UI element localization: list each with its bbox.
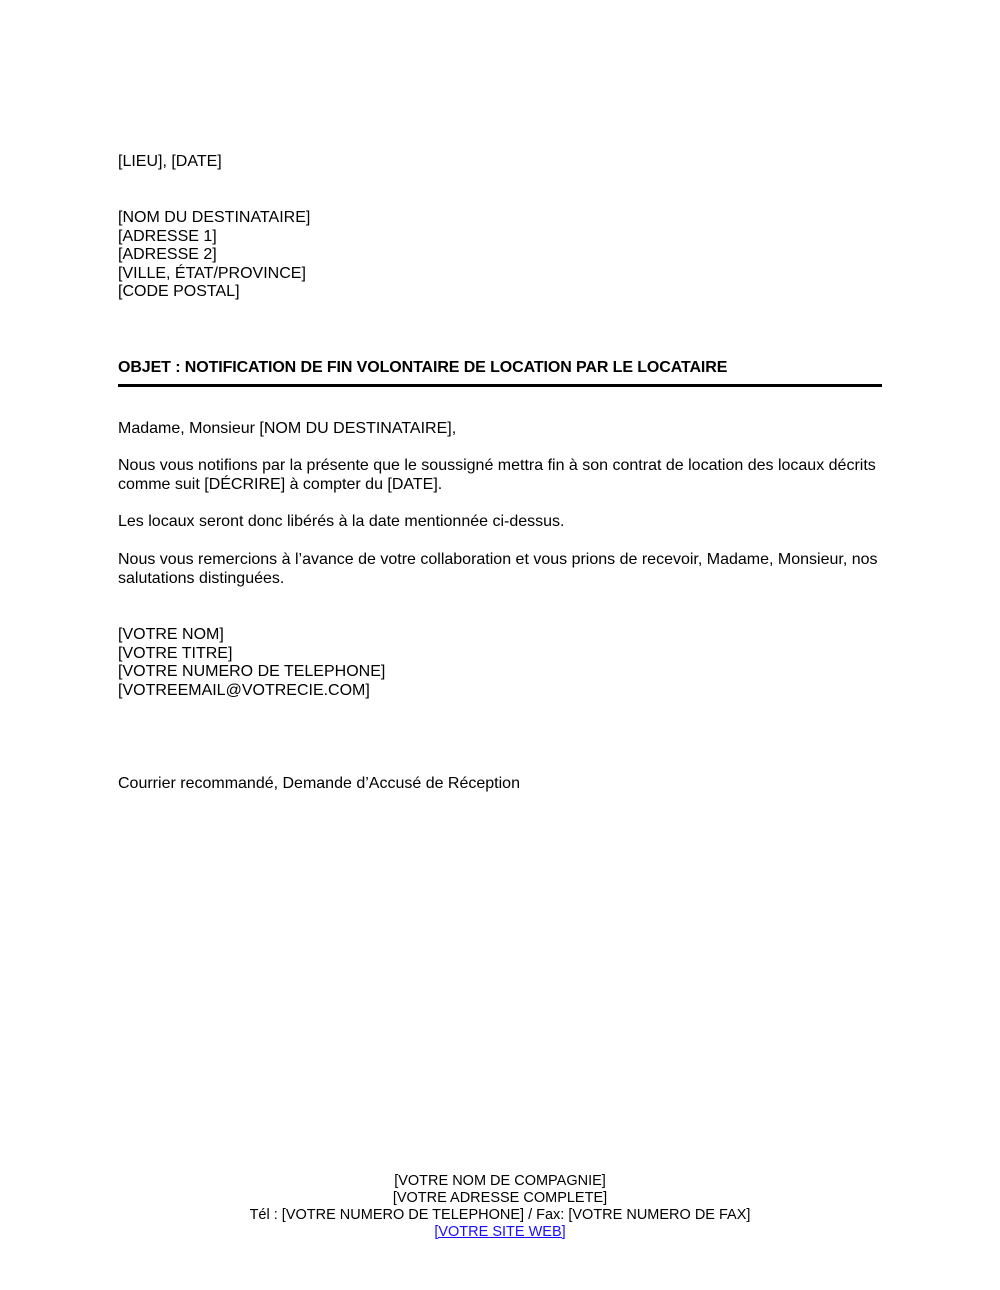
registered-mail-note: Courrier recommandé, Demande d’Accusé de… bbox=[118, 775, 520, 794]
recipient-name: [NOM DU DESTINATAIRE] bbox=[118, 209, 310, 228]
body-paragraph: Les locaux seront donc libérés à la date… bbox=[118, 513, 564, 532]
subject-divider bbox=[118, 384, 882, 387]
body-paragraph: Nous vous remercions à l’avance de votre… bbox=[118, 551, 888, 588]
recipient-address-2: [ADRESSE 2] bbox=[118, 246, 310, 265]
recipient-address: [NOM DU DESTINATAIRE] [ADRESSE 1] [ADRES… bbox=[118, 209, 310, 302]
subject-line: OBJET : NOTIFICATION DE FIN VOLONTAIRE D… bbox=[118, 359, 727, 378]
page-footer: [VOTRE NOM DE COMPAGNIE] [VOTRE ADRESSE … bbox=[0, 1173, 1000, 1241]
recipient-city-state: [VILLE, ÉTAT/PROVINCE] bbox=[118, 265, 310, 284]
recipient-address-1: [ADRESSE 1] bbox=[118, 228, 310, 247]
sender-phone: [VOTRE NUMERO DE TELEPHONE] bbox=[118, 663, 385, 682]
sender-email: [VOTREEMAIL@VOTRECIE.COM] bbox=[118, 682, 385, 701]
body-paragraph: Nous vous notifions par la présente que … bbox=[118, 457, 888, 494]
footer-company: [VOTRE NOM DE COMPAGNIE] bbox=[0, 1173, 1000, 1190]
footer-website-link[interactable]: [VOTRE SITE WEB] bbox=[434, 1224, 565, 1240]
footer-contact: Tél : [VOTRE NUMERO DE TELEPHONE] / Fax:… bbox=[0, 1207, 1000, 1224]
footer-address: [VOTRE ADRESSE COMPLETE] bbox=[0, 1190, 1000, 1207]
place-date: [LIEU], [DATE] bbox=[118, 153, 222, 172]
recipient-postal-code: [CODE POSTAL] bbox=[118, 283, 310, 302]
sender-title: [VOTRE TITRE] bbox=[118, 645, 385, 664]
signature-block: [VOTRE NOM] [VOTRE TITRE] [VOTRE NUMERO … bbox=[118, 626, 385, 700]
sender-name: [VOTRE NOM] bbox=[118, 626, 385, 645]
salutation: Madame, Monsieur [NOM DU DESTINATAIRE], bbox=[118, 420, 456, 439]
